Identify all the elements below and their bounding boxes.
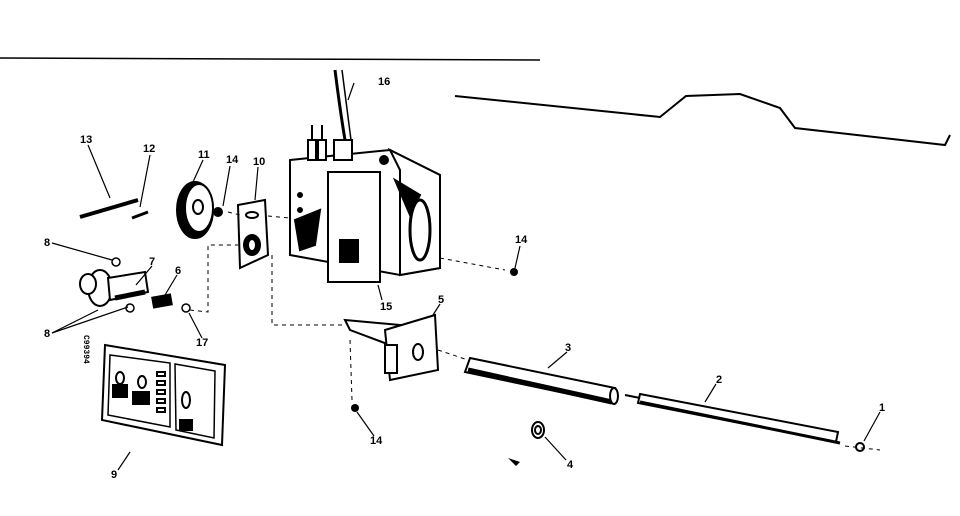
- drawing-code: C99394: [81, 335, 90, 364]
- part-7-knob: [80, 270, 148, 306]
- part-2-rod: [625, 394, 840, 443]
- part-5-crank: [345, 315, 438, 380]
- part-11-dial: [177, 182, 213, 238]
- callout-14-bottom: 14: [370, 435, 383, 447]
- callout-5: 5: [438, 294, 444, 306]
- part-16-wire: [335, 70, 351, 140]
- callout-8-top: 8: [44, 237, 50, 249]
- callout-1: 1: [879, 402, 885, 414]
- part-13-rod: [80, 200, 138, 217]
- callout-15: 15: [380, 301, 392, 313]
- part-14-nut-top: [213, 207, 223, 217]
- callout-12: 12: [143, 143, 155, 155]
- control-housing: [290, 125, 440, 282]
- parts-diagram: 13 12 11 14 10 16 8 7 6 8 17 9 14 15 5 3…: [0, 0, 960, 516]
- callout-17: 17: [196, 337, 208, 349]
- part-4-nut: [532, 422, 544, 438]
- part-10-bracket: [238, 200, 268, 268]
- callout-4: 4: [567, 459, 574, 471]
- callout-16: 16: [378, 76, 390, 88]
- part-6-sleeve: [152, 295, 171, 308]
- part-9-faceplate: [102, 345, 225, 445]
- callout-7: 7: [149, 256, 155, 268]
- callout-3: 3: [565, 342, 571, 354]
- part-1-clip: [856, 443, 864, 451]
- callout-14-top: 14: [226, 154, 239, 166]
- callout-13: 13: [80, 134, 92, 146]
- callout-10: 10: [253, 156, 265, 168]
- part-3-tube: [465, 358, 618, 404]
- callout-11: 11: [198, 149, 210, 161]
- part-17-ball: [182, 304, 190, 312]
- callout-6: 6: [175, 265, 181, 277]
- scan-edge-lines: [0, 58, 950, 145]
- callout-8-bottom: 8: [44, 328, 50, 340]
- part-12-pin: [132, 212, 148, 218]
- callout-9: 9: [111, 469, 117, 481]
- callout-14-right: 14: [515, 234, 528, 246]
- callout-2: 2: [716, 374, 722, 386]
